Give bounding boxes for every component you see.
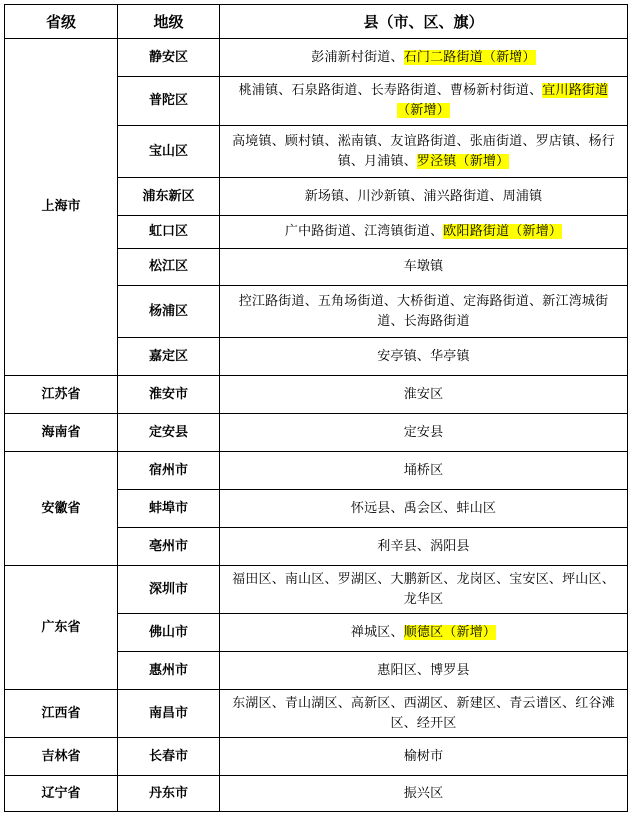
counties-text: 福田区、南山区、罗湖区、大鹏新区、龙岗区、宝安区、坪山区、龙华区 <box>232 572 615 607</box>
table-body: 上海市静安区彭浦新村街道、石门二路街道（新增）普陀区桃浦镇、石泉路街道、长寿路街… <box>5 39 628 812</box>
province-cell: 江西省 <box>5 690 118 738</box>
counties-cell: 惠阳区、博罗县 <box>220 652 628 690</box>
counties-cell: 桃浦镇、石泉路街道、长寿路街道、曹杨新村街道、宜川路街道（新增） <box>220 77 628 126</box>
province-cell: 辽宁省 <box>5 776 118 812</box>
counties-cell: 埇桥区 <box>220 452 628 490</box>
counties-cell: 新场镇、川沙新镇、浦兴路街道、周浦镇 <box>220 178 628 216</box>
counties-text: 桃浦镇、石泉路街道、长寿路街道、曹杨新村街道、 <box>239 83 543 98</box>
header-row: 省级 地级 县（市、区、旗） <box>5 5 628 39</box>
city-cell: 静安区 <box>118 39 220 77</box>
city-cell: 淮安市 <box>118 376 220 414</box>
city-cell: 长春市 <box>118 738 220 776</box>
counties-text: 怀远县、禹会区、蚌山区 <box>351 501 496 516</box>
counties-text: 埇桥区 <box>404 463 444 478</box>
province-cell: 海南省 <box>5 414 118 452</box>
new-addition-highlight: 石门二路街道（新增） <box>404 50 536 65</box>
table-row: 海南省定安县定安县 <box>5 414 628 452</box>
counties-cell: 怀远县、禹会区、蚌山区 <box>220 490 628 528</box>
province-cell: 江苏省 <box>5 376 118 414</box>
table-row: 辽宁省丹东市振兴区 <box>5 776 628 812</box>
counties-text: 东湖区、青山湖区、高新区、西湖区、新建区、青云谱区、红谷滩区、经开区 <box>232 696 615 731</box>
table-row: 江苏省淮安市淮安区 <box>5 376 628 414</box>
counties-text: 榆树市 <box>404 749 444 764</box>
counties-cell: 安亭镇、华亭镇 <box>220 338 628 376</box>
counties-text: 定安县 <box>404 425 444 440</box>
counties-cell: 彭浦新村街道、石门二路街道（新增） <box>220 39 628 77</box>
city-cell: 南昌市 <box>118 690 220 738</box>
counties-text: 惠阳区、博罗县 <box>377 663 469 678</box>
city-cell: 宿州市 <box>118 452 220 490</box>
counties-text: 新场镇、川沙新镇、浦兴路街道、周浦镇 <box>305 189 543 204</box>
counties-cell: 福田区、南山区、罗湖区、大鹏新区、龙岗区、宝安区、坪山区、龙华区 <box>220 566 628 614</box>
table-row: 江西省南昌市东湖区、青山湖区、高新区、西湖区、新建区、青云谱区、红谷滩区、经开区 <box>5 690 628 738</box>
counties-cell: 高境镇、顾村镇、淞南镇、友谊路街道、张庙街道、罗店镇、杨行镇、月浦镇、罗泾镇（新… <box>220 126 628 178</box>
table-row: 广东省深圳市福田区、南山区、罗湖区、大鹏新区、龙岗区、宝安区、坪山区、龙华区 <box>5 566 628 614</box>
city-cell: 丹东市 <box>118 776 220 812</box>
city-cell: 普陀区 <box>118 77 220 126</box>
province-cell: 上海市 <box>5 39 118 376</box>
region-table: 省级 地级 县（市、区、旗） 上海市静安区彭浦新村街道、石门二路街道（新增）普陀… <box>4 4 628 812</box>
city-cell: 亳州市 <box>118 528 220 566</box>
counties-cell: 广中路街道、江湾镇街道、欧阳路街道（新增） <box>220 216 628 249</box>
counties-cell: 榆树市 <box>220 738 628 776</box>
counties-cell: 禅城区、顺德区（新增） <box>220 614 628 652</box>
table-row: 上海市静安区彭浦新村街道、石门二路街道（新增） <box>5 39 628 77</box>
city-cell: 定安县 <box>118 414 220 452</box>
city-cell: 嘉定区 <box>118 338 220 376</box>
header-city: 地级 <box>118 5 220 39</box>
counties-text: 彭浦新村街道、 <box>311 50 403 65</box>
counties-cell: 车墩镇 <box>220 249 628 286</box>
new-addition-highlight: 顺德区（新增） <box>404 625 496 640</box>
province-cell: 吉林省 <box>5 738 118 776</box>
counties-cell: 振兴区 <box>220 776 628 812</box>
header-province: 省级 <box>5 5 118 39</box>
counties-text: 车墩镇 <box>404 259 444 274</box>
counties-text: 淮安区 <box>404 387 444 402</box>
city-cell: 杨浦区 <box>118 286 220 338</box>
city-cell: 惠州市 <box>118 652 220 690</box>
counties-text: 广中路街道、江湾镇街道、 <box>285 224 443 239</box>
counties-text: 利辛县、涡阳县 <box>377 539 469 554</box>
province-cell: 广东省 <box>5 566 118 690</box>
city-cell: 佛山市 <box>118 614 220 652</box>
header-county: 县（市、区、旗） <box>220 5 628 39</box>
new-addition-highlight: 欧阳路街道（新增） <box>443 224 562 239</box>
counties-text: 控江路街道、五角场街道、大桥街道、定海路街道、新江湾城街道、长海路街道 <box>239 294 609 329</box>
counties-cell: 淮安区 <box>220 376 628 414</box>
counties-text: 禅城区、 <box>351 625 404 640</box>
counties-cell: 控江路街道、五角场街道、大桥街道、定海路街道、新江湾城街道、长海路街道 <box>220 286 628 338</box>
new-addition-highlight: 罗泾镇（新增） <box>417 154 509 169</box>
counties-text: 振兴区 <box>404 786 444 801</box>
counties-cell: 定安县 <box>220 414 628 452</box>
table-row: 安徽省宿州市埇桥区 <box>5 452 628 490</box>
city-cell: 宝山区 <box>118 126 220 178</box>
city-cell: 虹口区 <box>118 216 220 249</box>
counties-cell: 东湖区、青山湖区、高新区、西湖区、新建区、青云谱区、红谷滩区、经开区 <box>220 690 628 738</box>
city-cell: 松江区 <box>118 249 220 286</box>
counties-text: 安亭镇、华亭镇 <box>377 349 469 364</box>
table-row: 吉林省长春市榆树市 <box>5 738 628 776</box>
province-cell: 安徽省 <box>5 452 118 566</box>
city-cell: 深圳市 <box>118 566 220 614</box>
city-cell: 蚌埠市 <box>118 490 220 528</box>
city-cell: 浦东新区 <box>118 178 220 216</box>
counties-cell: 利辛县、涡阳县 <box>220 528 628 566</box>
